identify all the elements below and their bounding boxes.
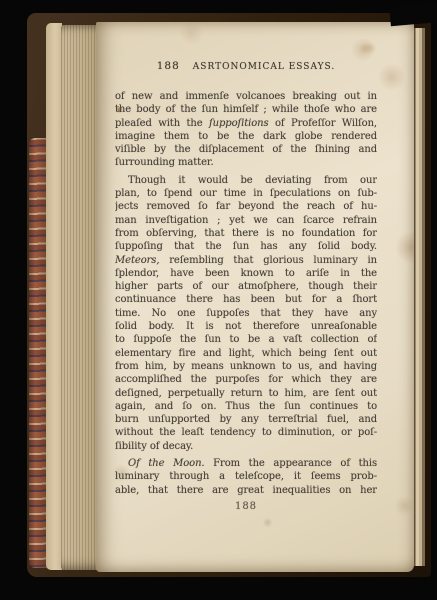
text-segment: elementary fire and light, which being ſ… (115, 348, 377, 359)
paragraph: Of the Moon. From the appearance of this… (115, 457, 377, 497)
page-header: 188 ASRTONOMICAL ESSAYS. (115, 60, 377, 72)
marbled-fore-edge (29, 138, 47, 568)
text-line: continuance there has been but for a ſho… (115, 293, 377, 306)
running-title: ASRTONOMICAL ESSAYS. (193, 62, 335, 72)
text-segment: of new and immenſe volcanoes breaking ou… (115, 91, 377, 102)
text-segment: ſplendor, have been known to ariſe in th… (115, 268, 377, 279)
book-page: 188 ASRTONOMICAL ESSAYS. of new and imme… (96, 22, 414, 572)
text-line: jects removed ſo far beyond the reach of… (115, 200, 377, 213)
text-segment: ſibility of decay. (115, 441, 193, 452)
text-segment: ſurrounding matter. (115, 157, 214, 168)
first-page-edge (46, 23, 62, 570)
text-segment: ſuppoſitions (209, 118, 268, 129)
page-edges-stack (61, 25, 98, 570)
text-segment: Meteors, (115, 255, 159, 266)
text-line: imagine them to be the dark globe render… (115, 130, 377, 143)
text-segment: accompliſhed the purpoſes for which they… (115, 374, 377, 385)
paragraph: Though it would be deviating from ourpla… (115, 174, 377, 453)
text-line: Of the Moon. From the appearance of this (115, 457, 377, 470)
text-segment: plan, to ſpend our time in ſpeculations … (115, 188, 377, 199)
text-line: ſibility of decay. (115, 440, 377, 453)
text-segment: time. No one ſuppoſes that they have any (115, 308, 377, 319)
text-segment: imagine them to be the dark globe render… (115, 131, 377, 142)
gutter-page-edge (414, 28, 425, 566)
text-line: time. No one ſuppoſes that they have any (115, 307, 377, 320)
text-line: higher parts of our atmoſphere, though t… (115, 280, 377, 293)
paragraph: of new and immenſe volcanoes breaking ou… (115, 90, 377, 170)
page-number: 188 (157, 60, 180, 72)
text-line: elementary fire and light, which being ſ… (115, 347, 377, 360)
text-line: from him, by means unknown to us, and ha… (115, 360, 377, 373)
text-segment: of Profeſſor Wilſon, (269, 118, 377, 129)
text-segment: able, that there are great inequalities … (115, 485, 377, 496)
text-segment: From the appearance of this (205, 458, 377, 469)
text-line: ſuppoſing that the ſun has any ſolid bod… (115, 240, 377, 253)
text-segment: from obſerving, that there is no foundat… (115, 228, 377, 239)
text-line: ſplendor, have been known to ariſe in th… (115, 267, 377, 280)
text-segment: to ſuppoſe the ſun to be a vaſt collecti… (115, 334, 377, 345)
text-segment: ſolid body. It is not therefore unreaſon… (115, 321, 377, 332)
cover-corner-shadow (389, 3, 437, 26)
text-line: pleaſed with the ſuppoſitions of Profeſſ… (115, 117, 377, 130)
text-line: Meteors, reſembling that glorious lumina… (115, 254, 377, 267)
text-segment: viſible by the diſplacement of the ſhini… (115, 144, 377, 155)
text-line: Though it would be deviating from our (115, 174, 377, 187)
text-line: from obſerving, that there is no foundat… (115, 227, 377, 240)
text-segment: jects removed ſo far beyond the reach of… (115, 201, 377, 212)
text-line: ſolid body. It is not therefore unreaſon… (115, 320, 377, 333)
text-segment: reſembling that glorious luminary in (159, 255, 377, 266)
text-segment: Though it would be deviating from our (128, 175, 377, 186)
text-line: man inveſtigation ; yet we can ſcarce re… (115, 214, 377, 227)
text-segment: burn unſupported by any terreſtrial fuel… (115, 414, 377, 425)
text-line: luminary through a teleſcope, it ſeems p… (115, 470, 377, 483)
text-line: without the leaſt tendency to diminution… (115, 426, 377, 439)
text-line: the body of the ſun himſelf ; while thoſ… (115, 103, 377, 116)
text-line: accompliſhed the purpoſes for which they… (115, 373, 377, 386)
text-line: to ſuppoſe the ſun to be a vaſt collecti… (115, 333, 377, 346)
text-segment: man inveſtigation ; yet we can ſcarce re… (115, 215, 377, 226)
text-line: viſible by the diſplacement of the ſhini… (115, 143, 377, 156)
text-segment: ſuppoſing that the ſun has any ſolid bod… (115, 241, 377, 252)
text-segment: continuance there has been but for a ſho… (115, 294, 377, 305)
text-line: again, and ſo on. Thus the ſun continues… (115, 400, 377, 413)
text-line: plan, to ſpend our time in ſpeculations … (115, 187, 377, 200)
text-segment: again, and ſo on. Thus the ſun continues… (115, 401, 377, 412)
book-photo-backdrop: 188 ASRTONOMICAL ESSAYS. of new and imme… (0, 0, 437, 600)
text-segment: the body of the ſun himſelf ; while thoſ… (115, 104, 377, 115)
text-segment: luminary through a teleſcope, it ſeems p… (115, 471, 377, 482)
text-segment: without the leaſt tendency to diminution… (115, 427, 377, 438)
text-line: of new and immenſe volcanoes breaking ou… (115, 90, 377, 103)
text-segment: pleaſed with the (115, 118, 209, 129)
text-segment: from him, by means unknown to us, and ha… (115, 361, 377, 372)
footer-page-number: 188 (115, 501, 377, 512)
text-line: deſigned, perpetually return to him, are… (115, 387, 377, 400)
text-line: burn unſupported by any terreſtrial fuel… (115, 413, 377, 426)
text-line: able, that there are great inequalities … (115, 484, 377, 497)
text-segment: higher parts of our atmoſphere, though t… (115, 281, 377, 292)
text-block: of new and immenſe volcanoes breaking ou… (115, 90, 377, 497)
foxing-spot (117, 107, 122, 112)
foxing-spot (362, 44, 374, 52)
text-segment: deſigned, perpetually return to him, are… (115, 388, 377, 399)
text-segment: Of the Moon. (128, 458, 205, 469)
text-line: ſurrounding matter. (115, 156, 377, 169)
